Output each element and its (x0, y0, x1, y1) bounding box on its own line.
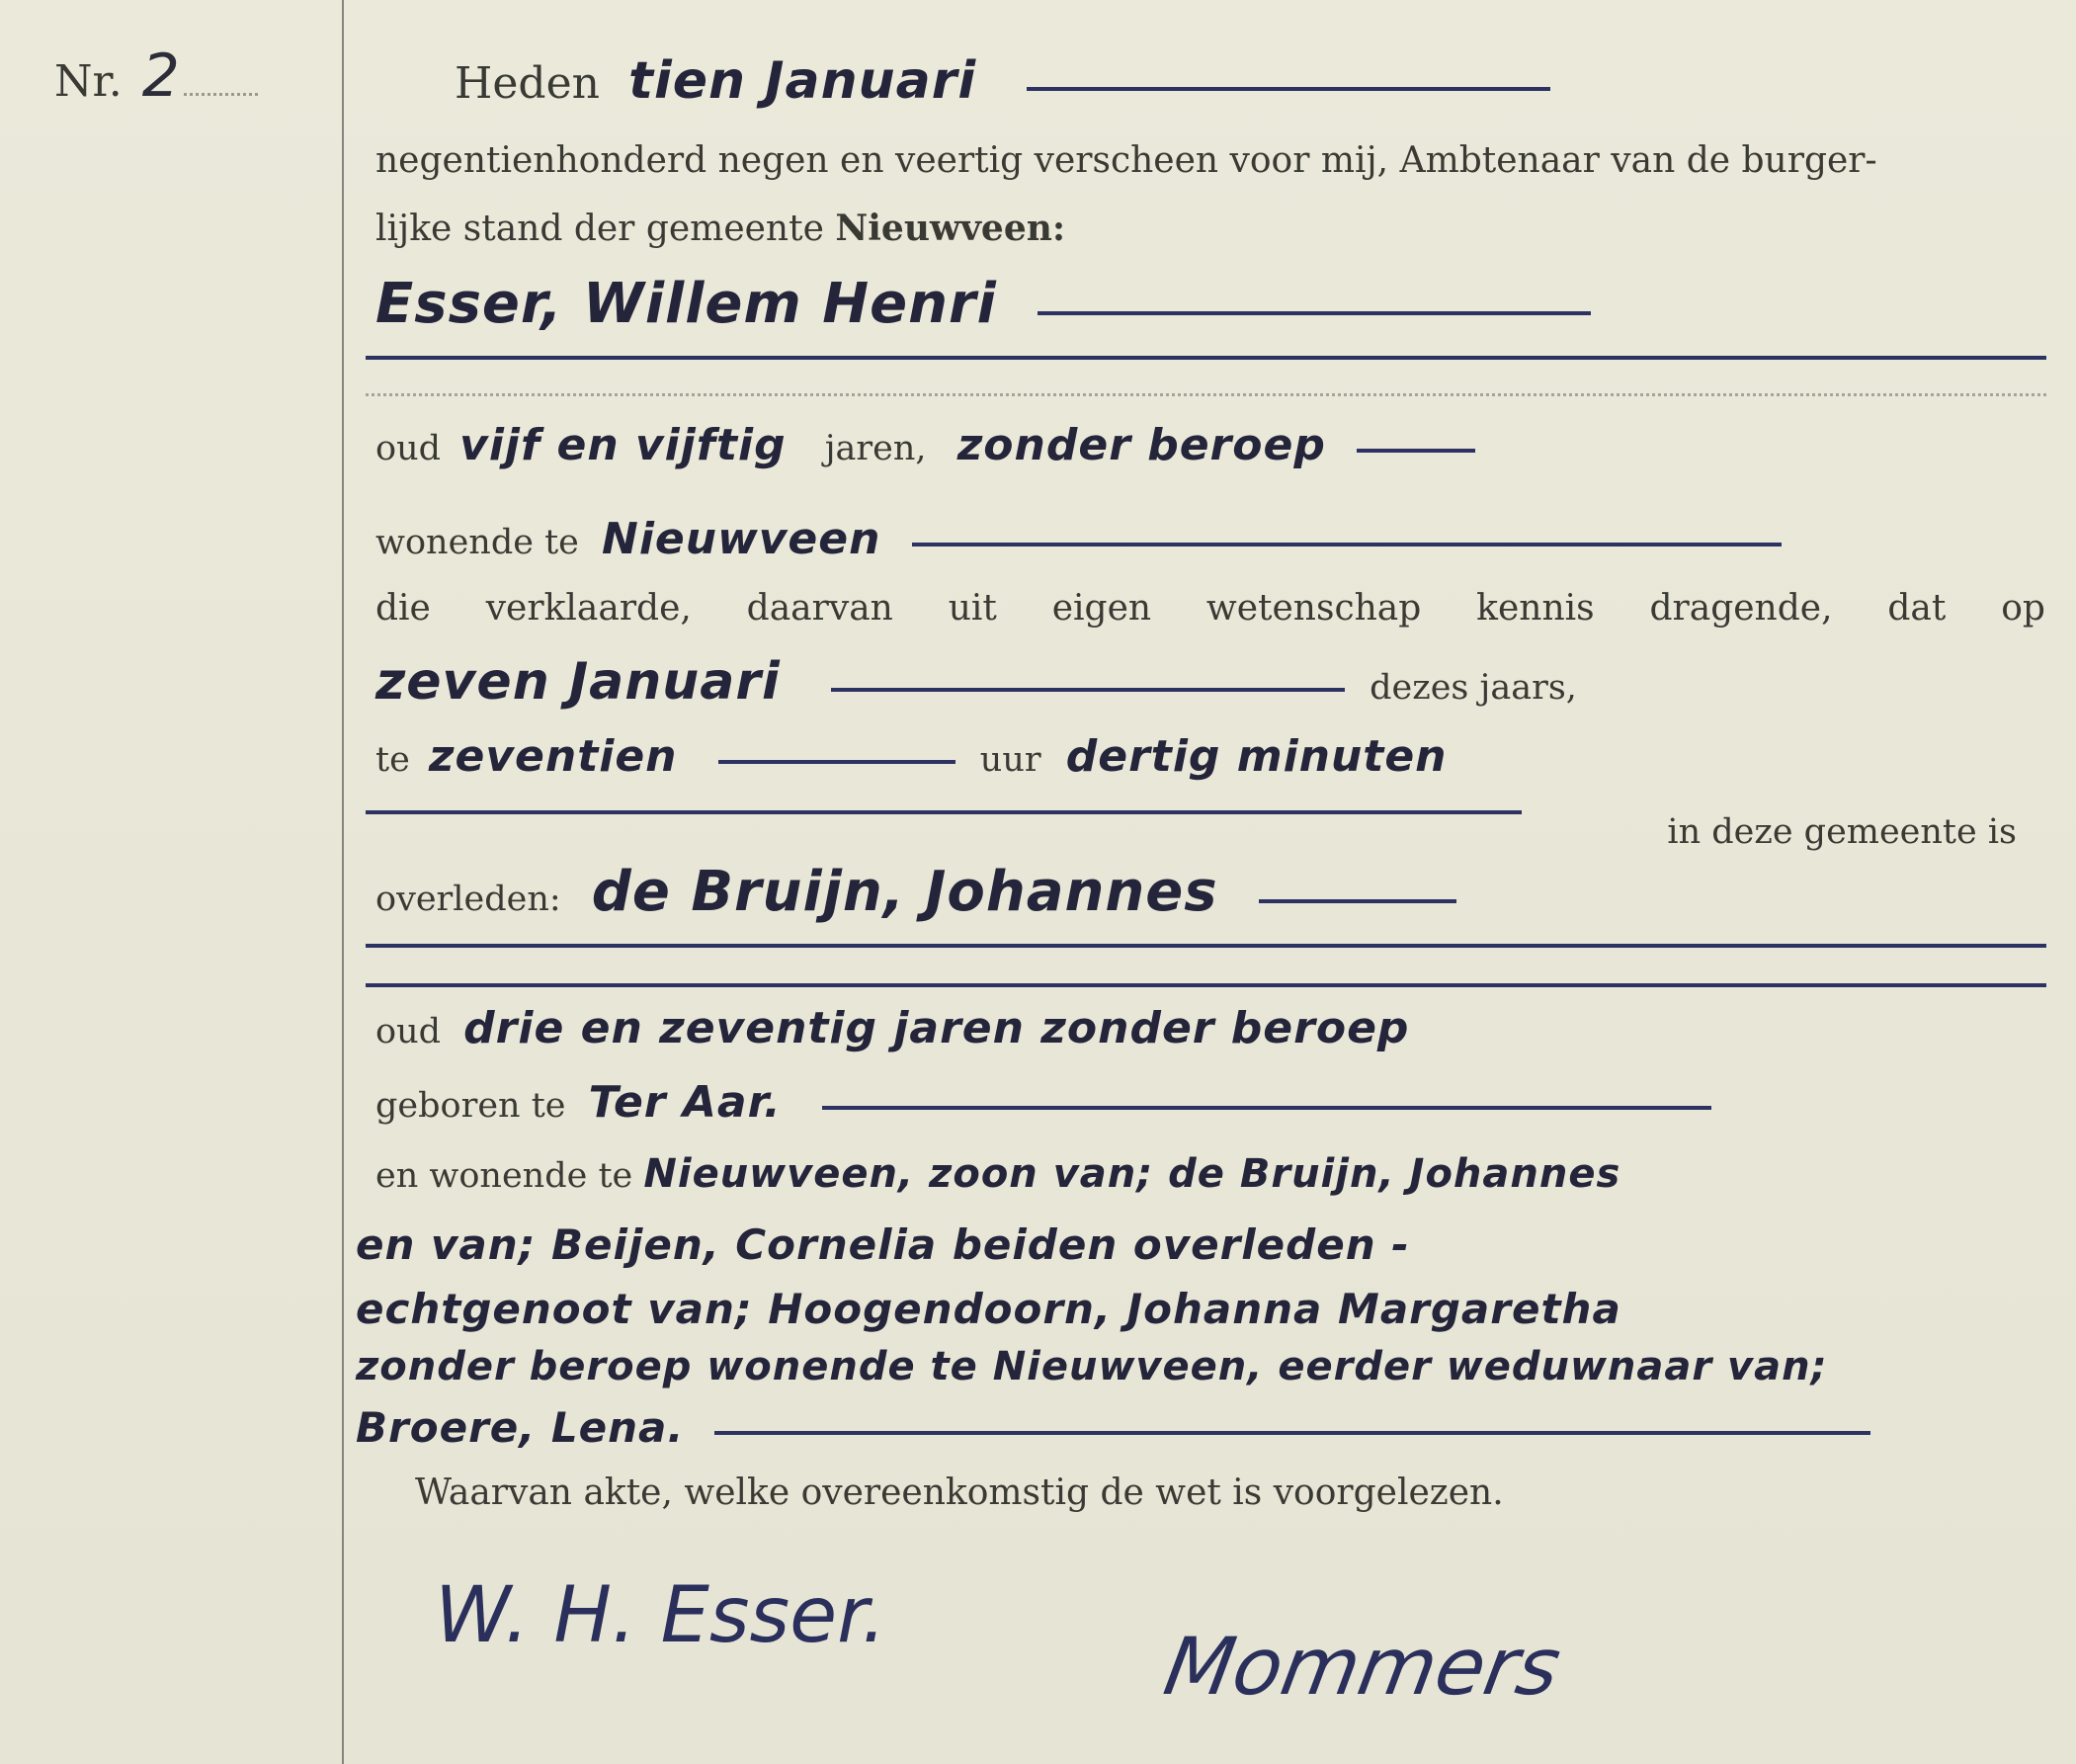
line-verklaarde: die verklaarde, daarvan uit eigen wetens… (375, 588, 2046, 629)
heden-value: tien Januari (628, 51, 976, 111)
line-time: te zeventien uur dertig minuten (375, 731, 2046, 782)
line-birthplace: geboren te Ter Aar. (375, 1077, 2046, 1128)
fill-line (366, 983, 2046, 987)
uur-label: uur (980, 740, 1041, 780)
line-3: lijke stand der gemeente Nieuwveen: (375, 208, 2046, 249)
word: dat (1887, 588, 1946, 629)
dezes-jaars: dezes jaars, (1370, 668, 1577, 708)
death-date: zeven Januari (375, 652, 781, 712)
oud-label: oud (375, 429, 441, 468)
word: daarvan (747, 588, 893, 629)
nr-label: Nr. (54, 56, 123, 107)
line-3-text: lijke stand der gemeente (375, 209, 824, 249)
oud-label: oud (375, 1012, 441, 1051)
civil-record-page: Nr.2 Heden tien Januari negentienhonderd… (0, 0, 2076, 1764)
word: wetenschap (1206, 588, 1421, 629)
details-line: Broere, Lena. (356, 1403, 684, 1452)
details-line: zonder beroep wonende te Nieuwveen, eerd… (356, 1344, 2046, 1389)
jaren-label: jaren, (825, 429, 927, 468)
declarant-age: vijf en vijftig (459, 420, 786, 470)
signature-declarant: W. H. Esser. (435, 1571, 886, 1660)
word: dragende, (1649, 588, 1832, 629)
en-wonende-label: en wonende te (375, 1156, 632, 1196)
word: kennis (1476, 588, 1594, 629)
fill-line (912, 543, 1782, 546)
wonende-label: wonende te (375, 523, 579, 562)
fill-line (714, 1431, 1870, 1435)
geboren-label: geboren te (375, 1086, 565, 1126)
line-details-4: Broere, Lena. (356, 1403, 2046, 1452)
declarant-residence: Nieuwveen (602, 514, 880, 564)
record-number: Nr.2 (54, 42, 258, 111)
word: verklaarde, (486, 588, 692, 629)
line-heden: Heden tien Januari (375, 51, 2046, 111)
line-death-date: zeven Januari dezes jaars, (375, 652, 2046, 712)
fill-line (366, 944, 2046, 948)
declarant-name: Esser, Willem Henri (375, 272, 997, 336)
closing-text: Waarvan akte, welke overeenkomstig de we… (415, 1472, 2046, 1513)
municipality: Nieuwveen: (835, 208, 1065, 249)
details-line: Nieuwveen, zoon van; de Bruijn, Johannes (643, 1151, 1620, 1197)
fill-line (1357, 449, 1475, 453)
fill-line (822, 1106, 1711, 1110)
overleden-label: overleden: (375, 880, 561, 919)
death-hour: zeventien (429, 731, 678, 782)
line-declarant: Esser, Willem Henri (375, 272, 2046, 336)
deceased-name: de Bruijn, Johannes (592, 860, 1218, 924)
word: uit (949, 588, 997, 629)
te-label: te (375, 740, 410, 780)
death-minutes: dertig minuten (1066, 731, 1448, 782)
word: eigen (1052, 588, 1151, 629)
heden-label: Heden (455, 58, 600, 109)
details-line: echtgenoot van; Hoogendoorn, Johanna Mar… (356, 1285, 2046, 1333)
deceased-age: drie en zeventig jaren zonder beroep (463, 1003, 1409, 1053)
word: die (375, 588, 431, 629)
line-overleden: overleden: de Bruijn, Johannes (375, 860, 2046, 924)
nr-dots (184, 93, 258, 96)
fill-line (1038, 311, 1591, 315)
signature-official: Mommers (1158, 1621, 1567, 1713)
birthplace: Ter Aar. (589, 1077, 782, 1128)
line-residence: wonende te Nieuwveen (375, 514, 2046, 564)
declarant-occupation: zonder beroep (957, 420, 1326, 470)
fill-line (718, 760, 955, 764)
details-line: en van; Beijen, Cornelia beiden overlede… (356, 1220, 2046, 1269)
nr-value: 2 (142, 42, 180, 111)
word: op (2001, 588, 2045, 629)
fill-line (1259, 899, 1456, 903)
fill-line (831, 688, 1345, 692)
line-age: oud vijf en vijftig jaren, zonder beroep (375, 420, 2046, 470)
margin-rule (342, 0, 344, 1764)
line-in-deze-gemeente: in deze gemeente is (375, 812, 2046, 852)
dotted-rule (366, 393, 2046, 396)
fill-line (1027, 87, 1550, 91)
line-2: negentienhonderd negen en veertig versch… (375, 140, 2046, 181)
fill-line (366, 356, 2046, 360)
line-details-0: en wonende te Nieuwveen, zoon van; de Br… (375, 1151, 2046, 1197)
line-deceased-age: oud drie en zeventig jaren zonder beroep (375, 1003, 2046, 1053)
